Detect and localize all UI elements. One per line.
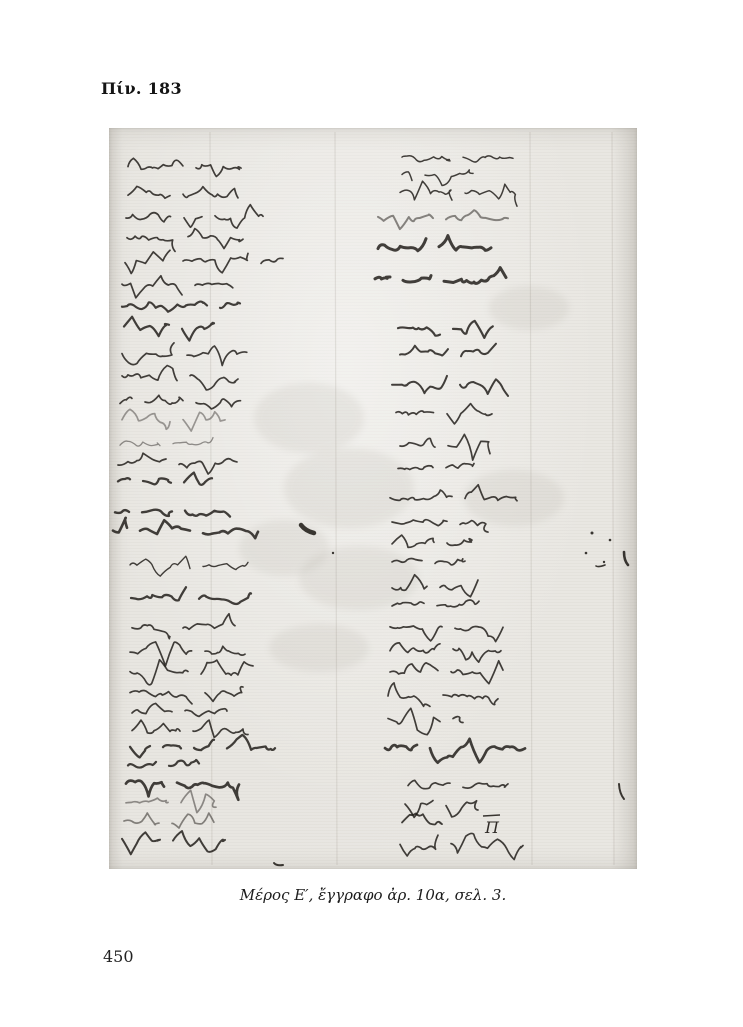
- book-page: Πίν. 183 Π Μέρος Ε′, ἔγγραφο ἀρ. 10α, σε…: [0, 0, 743, 1027]
- manuscript-photo: Π: [109, 128, 637, 869]
- photo-caption: Μέρος Ε′, ἔγγραφο ἀρ. 10α, σελ. 3.: [109, 886, 637, 904]
- manuscript-handwriting: Π: [109, 128, 637, 869]
- plate-label: Πίν. 183: [101, 79, 182, 98]
- page-number: 450: [103, 947, 134, 966]
- svg-text:Π: Π: [484, 818, 500, 837]
